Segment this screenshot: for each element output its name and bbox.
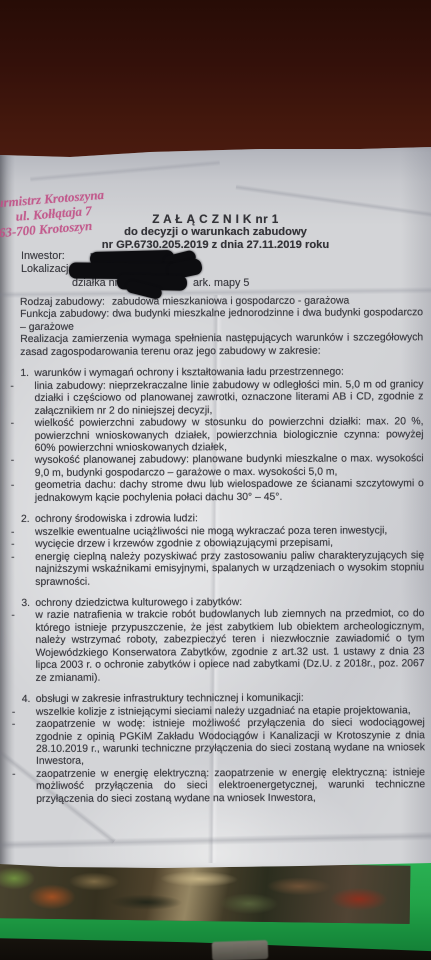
plot-row: działka nr ark. mapy 5 [21,277,401,290]
section-4: 4. obsługi w zakresie infrastruktury tec… [22,692,425,806]
investor-label: Inwestor: [21,250,87,263]
list-item-dash: - [10,381,34,418]
building-type-value: zabudowa mieszkaniowa i gospodarczo - ga… [112,296,349,308]
list-item-text: zaopatrzenie w wodę: istnieje możliwość … [36,717,425,769]
list-item-dash: - [12,707,36,720]
list-item: - wielkość powierzchni zabudowy w stosun… [21,416,424,455]
section-number: 2. [21,514,35,527]
list-item: - linia zabudowy: nieprzekraczalne linie… [20,379,423,418]
plot-label-suffix: ark. mapy 5 [193,277,249,290]
list-item: - wysokość planowanej zabudowy: planowan… [21,454,424,481]
document-content: Burmistrz Krotoszyna ul. Kołłątaja 7 63-… [0,0,431,960]
document-body: Rodzaj zabudowy:zabudowa mieszkaniowa i … [20,295,425,806]
photo-of-document: Burmistrz Krotoszyna ul. Kołłątaja 7 63-… [0,0,431,960]
section-number: 1. [20,368,34,381]
list-item-dash: - [11,480,35,505]
attachment-title: Z A Ł Ą C Z N I K nr 1 [0,213,431,226]
investor-row: Inwestor: p. [21,250,401,263]
attachment-header: Z A Ł Ą C Z N I K nr 1 do decyzji o waru… [0,213,431,253]
list-item-dash: - [11,610,35,685]
building-function-paragraph: Funkcja zabudowy: dwa budynki mieszkalne… [20,308,423,335]
section-number: 4. [22,694,36,707]
list-item-text: wielkość powierzchni zabudowy w stosunku… [35,416,424,455]
list-item: - zaopatrzenie w wodę: istnieje możliwoś… [22,717,425,769]
list-item-text: linia zabudowy: nieprzekraczalne linie z… [34,379,423,418]
list-item-text: w razie natrafienia w trakcie robót budo… [35,609,424,685]
section-3: 3. ochrony dziedzictwa kulturowego i zab… [21,596,424,685]
list-item-dash: - [12,719,36,769]
realization-paragraph: Realizacja zamierzenia wymaga spełnienia… [20,333,423,360]
list-item-text: geometria dachu: dachy strome dwu lub wi… [35,479,424,506]
list-item-text: wysokość planowanej zabudowy: planowane … [35,454,424,481]
list-item: - zaopatrzenie w energię elektryczną: za… [22,767,425,806]
section-number: 3. [21,598,35,611]
list-item: - w razie natrafienia w trakcie robót bu… [21,609,424,685]
list-item-dash: - [11,527,35,540]
list-item-dash: - [11,552,35,589]
building-type-label: Rodzaj zabudowy: [20,297,105,308]
list-item-dash: - [11,539,35,552]
list-item-dash: - [11,455,35,480]
list-item: - geometria dachu: dachy strome dwu lub … [21,479,424,506]
section-2: 2. ochrony środowiska i zdrowia ludzi: -… [21,512,424,588]
list-item: - energię cieplną należy pozyskiwać przy… [21,550,424,589]
section-1: 1. warunków i wymagań ochrony i kształto… [20,367,424,506]
list-item-text: energię cieplną należy pozyskiwać przy z… [35,550,424,589]
attachment-subtitle: do decyzji o warunkach zabudowy [0,226,431,239]
list-item-dash: - [12,769,36,806]
list-item-text: zaopatrzenie w energię elektryczną: zaop… [36,767,425,806]
list-item-dash: - [11,418,35,455]
